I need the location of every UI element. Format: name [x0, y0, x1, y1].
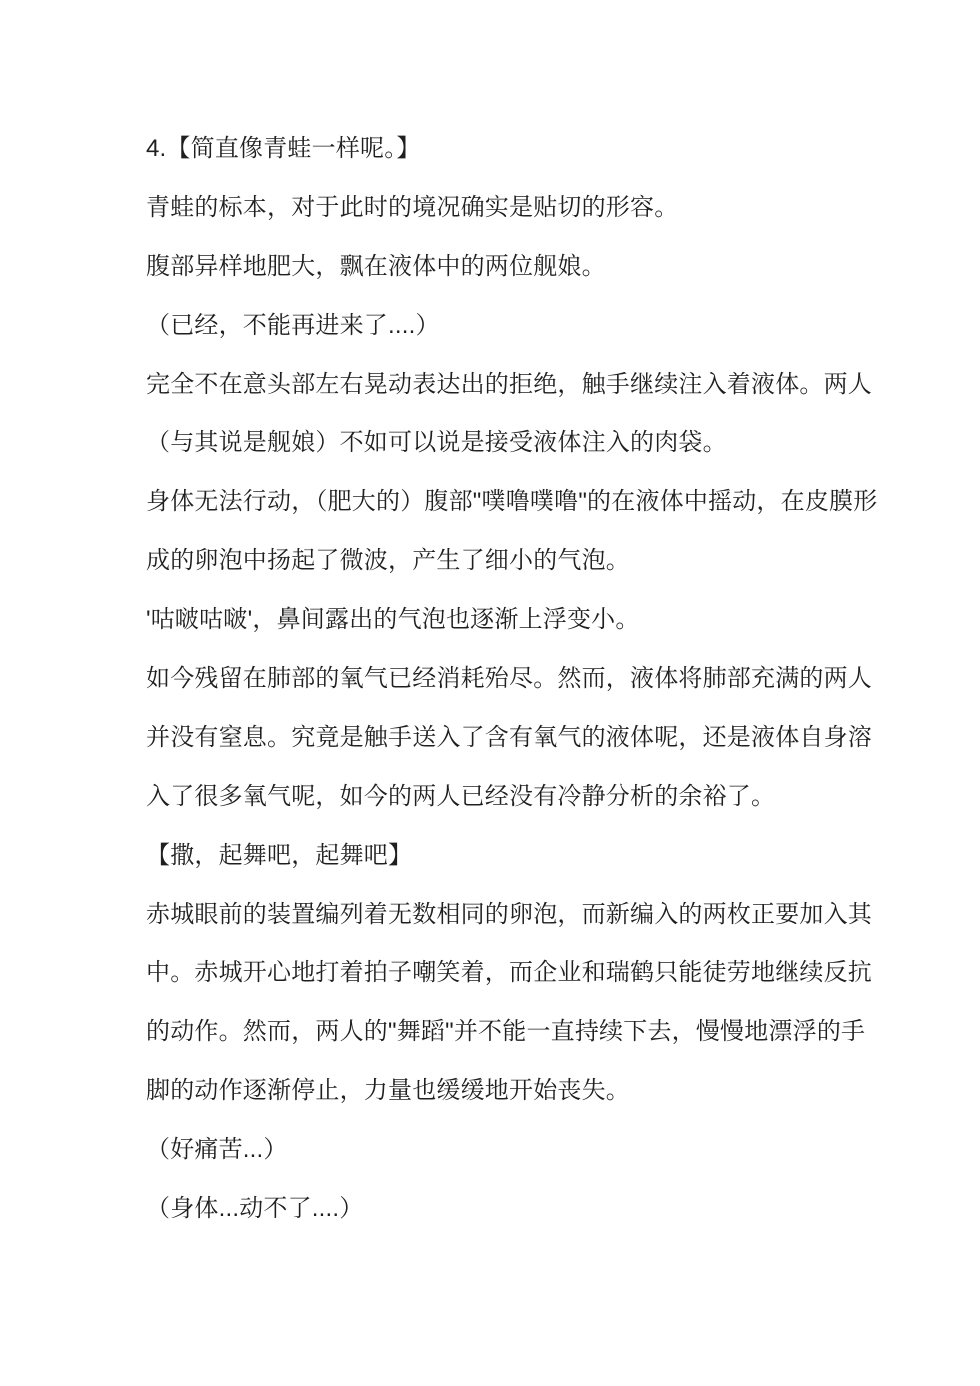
section-heading: 4.【简直像青蛙一样呢。】 — [146, 120, 900, 179]
text-line: '咕啵咕啵'，鼻间露出的气泡也逐渐上浮变小。 — [146, 591, 900, 650]
text-line: 入了很多氧气呢，如今的两人已经没有冷静分析的余裕了。 — [146, 768, 900, 827]
text-line: （好痛苦...） — [146, 1121, 900, 1180]
text-line: 成的卵泡中扬起了微波，产生了细小的气泡。 — [146, 532, 900, 591]
document-text: 4.【简直像青蛙一样呢。】 青蛙的标本，对于此时的境况确实是贴切的形容。 腹部异… — [146, 120, 900, 1239]
text-line: 脚的动作逐渐停止，力量也缓缓地开始丧失。 — [146, 1062, 900, 1121]
text-line: （身体...动不了....） — [146, 1180, 900, 1239]
text-line: 完全不在意头部左右晃动表达出的拒绝，触手继续注入着液体。两人 — [146, 356, 900, 415]
document-page: 4.【简直像青蛙一样呢。】 青蛙的标本，对于此时的境况确实是贴切的形容。 腹部异… — [0, 0, 980, 1386]
text-line: （已经，不能再进来了....） — [146, 297, 900, 356]
text-line: 并没有窒息。究竟是触手送入了含有氧气的液体呢，还是液体自身溶 — [146, 709, 900, 768]
text-line: 中。赤城开心地打着拍子嘲笑着，而企业和瑞鹤只能徒劳地继续反抗 — [146, 944, 900, 1003]
section-heading: 【撒，起舞吧，起舞吧】 — [146, 827, 900, 886]
text-line: 青蛙的标本，对于此时的境况确实是贴切的形容。 — [146, 179, 900, 238]
text-line: 腹部异样地肥大，飘在液体中的两位舰娘。 — [146, 238, 900, 297]
text-line: 身体无法行动，（肥大的）腹部"噗噜噗噜"的在液体中摇动，在皮膜形 — [146, 473, 900, 532]
text-line: 赤城眼前的装置编列着无数相同的卵泡，而新编入的两枚正要加入其 — [146, 886, 900, 945]
text-line: 如今残留在肺部的氧气已经消耗殆尽。然而，液体将肺部充满的两人 — [146, 650, 900, 709]
text-line: （与其说是舰娘）不如可以说是接受液体注入的肉袋。 — [146, 414, 900, 473]
text-line: 的动作。然而，两人的"舞蹈"并不能一直持续下去，慢慢地漂浮的手 — [146, 1003, 900, 1062]
